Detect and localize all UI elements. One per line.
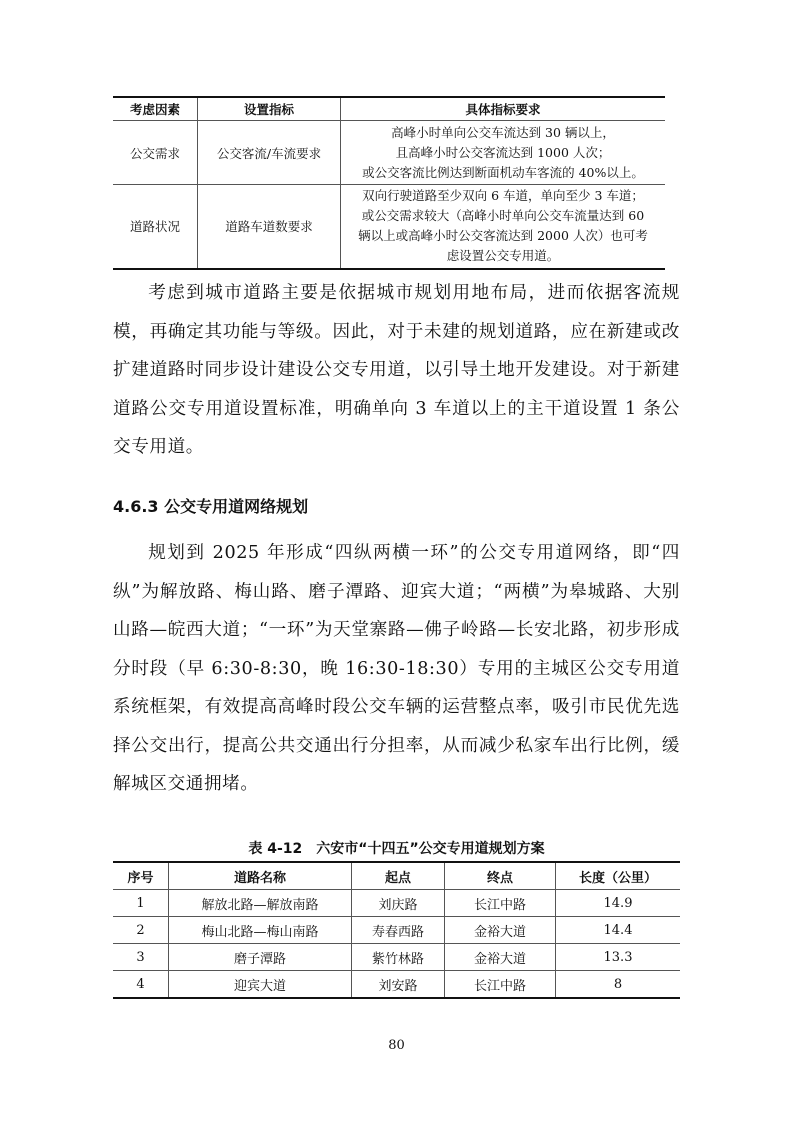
table-caption: 表 4-12 六安市“十四五”公交专用道规划方案 [113, 838, 680, 858]
table-header-row: 序号 道路名称 起点 终点 长度（公里） [113, 862, 680, 890]
cell-start: 刘庆路 [352, 890, 445, 917]
table-header-row: 考虑因素 设置指标 具体指标要求 [113, 97, 665, 121]
cell-requirements: 高峰小时单向公交车流达到 30 辆以上， 且高峰小时公交客流达到 1000 人次… [341, 121, 666, 185]
paragraph-text: 考虑到城市道路主要是依据城市规划用地布局，进而依据客流规模，再确定其功能与等级。… [113, 274, 680, 467]
cell-road-name: 迎宾大道 [169, 971, 352, 999]
section-heading: 4.6.3 公交专用道网络规划 [113, 494, 308, 517]
cell-indicator: 道路车道数要求 [198, 185, 341, 269]
cell-road-name: 解放北路—解放南路 [169, 890, 352, 917]
cell-factor: 公交需求 [113, 121, 198, 185]
cell-road-name: 磨子潭路 [169, 944, 352, 971]
paragraph-text: 规划到 2025 年形成“四纵两横一环”的公交专用道网络，即“四纵”为解放路、梅… [113, 534, 680, 804]
cell-requirements: 双向行驶道路至少双向 6 车道，单向至少 3 车道； 或公交需求较大（高峰小时单… [341, 185, 666, 269]
requirement-line: 或公交客流比例达到断面机动车客流的 40%以上。 [343, 163, 663, 183]
cell-length: 14.4 [556, 917, 681, 944]
cell-index: 2 [113, 917, 169, 944]
cell-length: 14.9 [556, 890, 681, 917]
body-paragraph: 规划到 2025 年形成“四纵两横一环”的公交专用道网络，即“四纵”为解放路、梅… [113, 534, 680, 804]
cell-factor: 道路状况 [113, 185, 198, 269]
requirement-line: 或公交需求较大（高峰小时单向公交车流量达到 60 [343, 206, 663, 226]
cell-start: 刘安路 [352, 971, 445, 999]
header-indicator: 设置指标 [198, 97, 341, 121]
page-number: 80 [0, 1038, 793, 1053]
cell-end: 金裕大道 [445, 944, 556, 971]
cell-index: 3 [113, 944, 169, 971]
requirement-line: 虑设置公交专用道。 [343, 246, 663, 266]
requirement-line: 且高峰小时公交客流达到 1000 人次； [343, 143, 663, 163]
body-paragraph: 考虑到城市道路主要是依据城市规划用地布局，进而依据客流规模，再确定其功能与等级。… [113, 274, 680, 467]
header-road-name: 道路名称 [169, 862, 352, 890]
cell-road-name: 梅山北路—梅山南路 [169, 917, 352, 944]
table-row: 道路状况 道路车道数要求 双向行驶道路至少双向 6 车道，单向至少 3 车道； … [113, 185, 665, 269]
cell-indicator: 公交客流/车流要求 [198, 121, 341, 185]
header-factor: 考虑因素 [113, 97, 198, 121]
header-start: 起点 [352, 862, 445, 890]
cell-end: 长江中路 [445, 971, 556, 999]
bus-lane-criteria-table: 考虑因素 设置指标 具体指标要求 公交需求 公交客流/车流要求 高峰小时单向公交… [113, 96, 665, 270]
table-row: 4 迎宾大道 刘安路 长江中路 8 [113, 971, 680, 999]
cell-index: 1 [113, 890, 169, 917]
header-requirements: 具体指标要求 [341, 97, 666, 121]
cell-end: 长江中路 [445, 890, 556, 917]
requirement-line: 辆以上或高峰小时公交客流达到 2000 人次）也可考 [343, 226, 663, 246]
cell-index: 4 [113, 971, 169, 999]
header-end: 终点 [445, 862, 556, 890]
header-index: 序号 [113, 862, 169, 890]
cell-length: 8 [556, 971, 681, 999]
table-row: 公交需求 公交客流/车流要求 高峰小时单向公交车流达到 30 辆以上， 且高峰小… [113, 121, 665, 185]
cell-end: 金裕大道 [445, 917, 556, 944]
bus-lane-plan-table: 序号 道路名称 起点 终点 长度（公里） 1 解放北路—解放南路 刘庆路 长江中… [113, 861, 680, 999]
header-length: 长度（公里） [556, 862, 681, 890]
requirement-line: 双向行驶道路至少双向 6 车道，单向至少 3 车道； [343, 186, 663, 206]
cell-length: 13.3 [556, 944, 681, 971]
table-row: 1 解放北路—解放南路 刘庆路 长江中路 14.9 [113, 890, 680, 917]
table-row: 3 磨子潭路 紫竹林路 金裕大道 13.3 [113, 944, 680, 971]
cell-start: 紫竹林路 [352, 944, 445, 971]
requirement-line: 高峰小时单向公交车流达到 30 辆以上， [343, 123, 663, 143]
table-row: 2 梅山北路—梅山南路 寿春西路 金裕大道 14.4 [113, 917, 680, 944]
cell-start: 寿春西路 [352, 917, 445, 944]
